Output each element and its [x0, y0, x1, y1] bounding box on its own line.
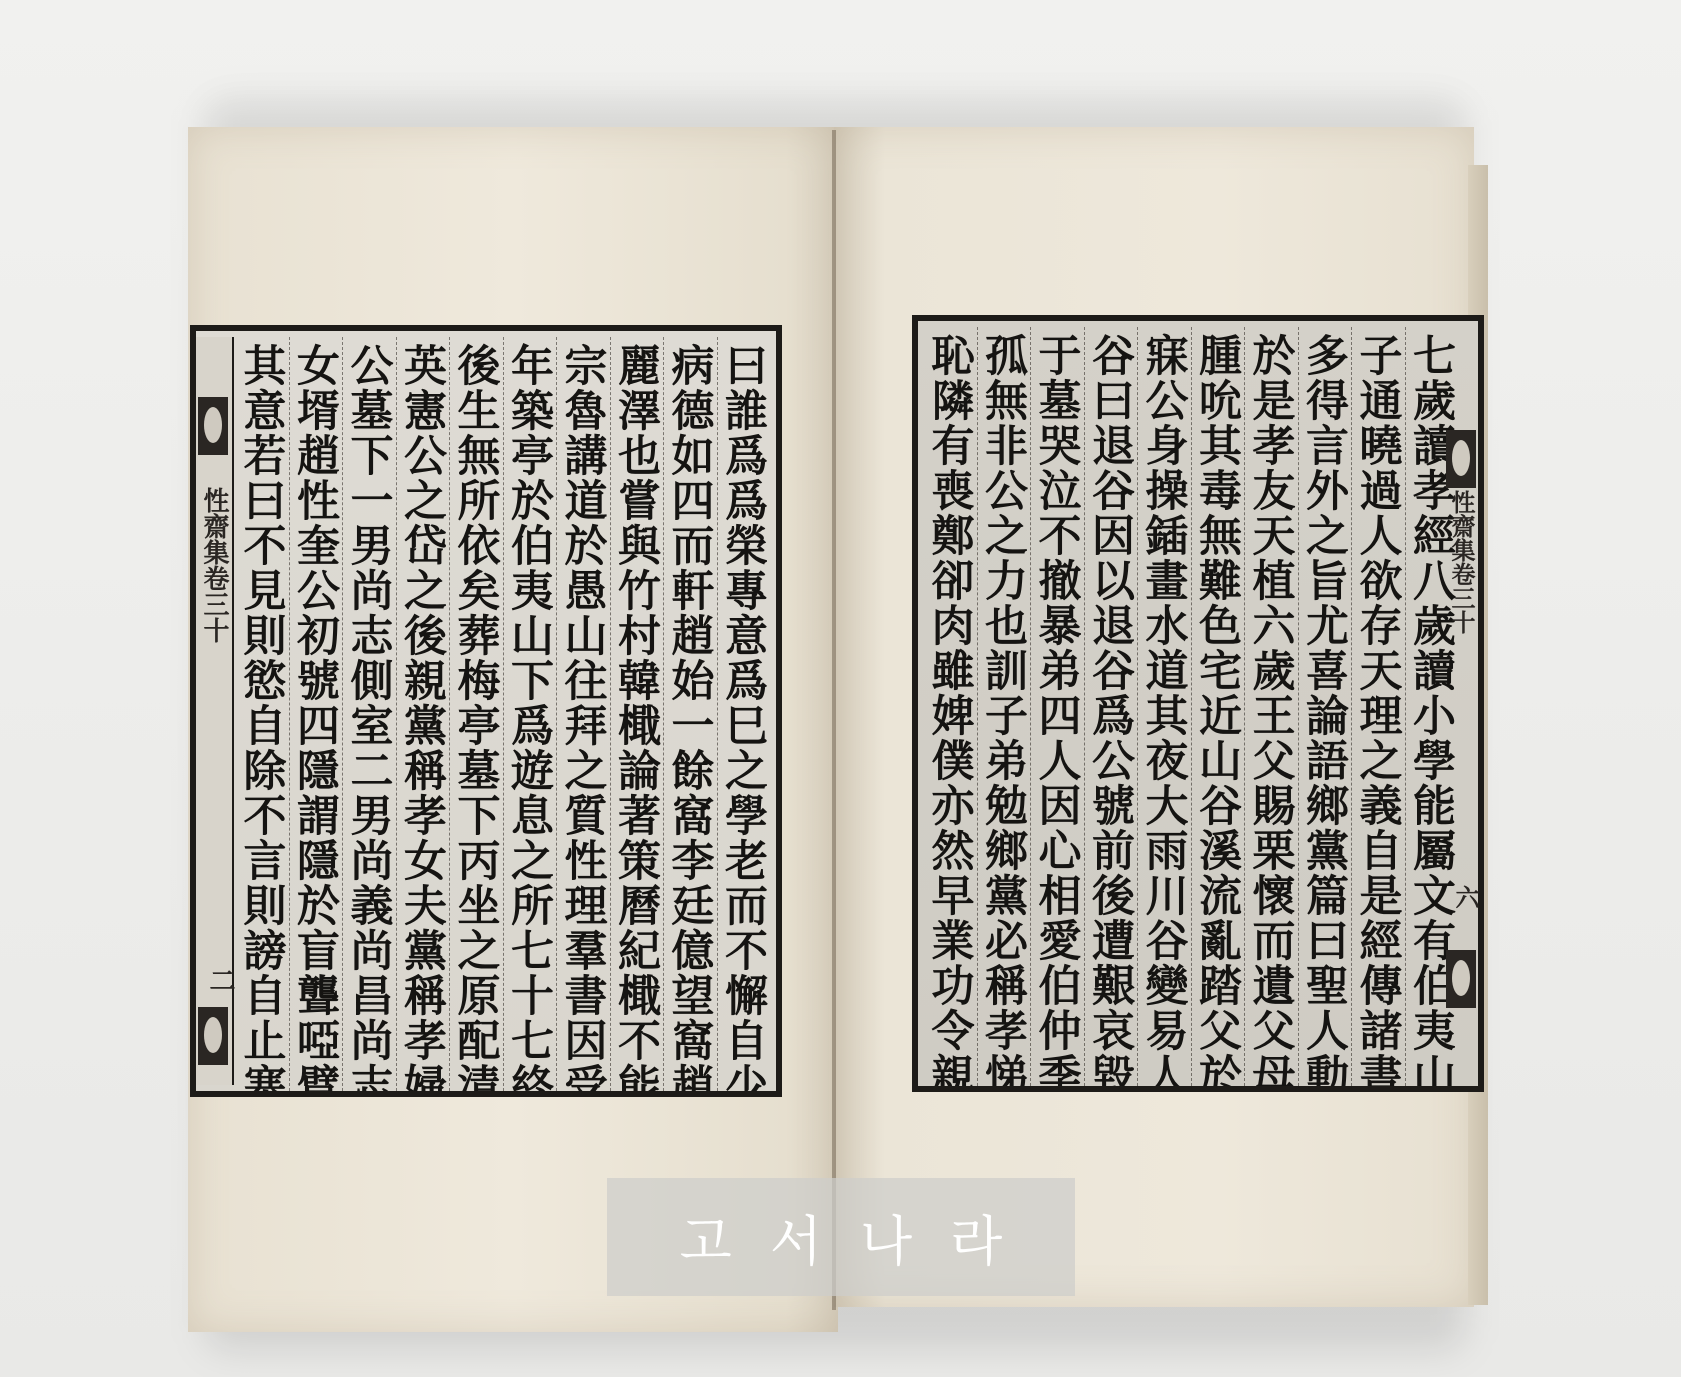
- right-page-number: 六: [1448, 885, 1483, 909]
- right-banxin-title: 性齋集卷三十: [1448, 490, 1474, 634]
- watermark-text: 고서나라: [642, 1199, 1041, 1276]
- text-column: 孤無非公之力也訓子弟勉鄉黨必稱孝悌忠信禮義廉: [977, 327, 1031, 1086]
- right-banxin-center-strip: 性齋集卷三十 六: [1446, 430, 1476, 1010]
- text-column: 女壻趙性奎公初號四隱謂隱於盲聾啞躄四者之間也: [289, 337, 343, 1091]
- text-column: 於是孝友天植六歲王父賜栗懷而遺父母十歲父病足: [1244, 327, 1298, 1086]
- text-column: 英憲公之岱之後親黨稱孝女夫黨稱孝婦先公卒葬在: [396, 337, 450, 1091]
- text-column: 曰誰爲爲榮專意爲巳之學老而不懈自少交遊皆老成: [717, 337, 771, 1091]
- text-column: 公墓下一男尚志側室二男尚義尚昌尚志二男珍琦一: [342, 337, 396, 1091]
- text-column: 其意若曰不見則慾自除不言則謗自止塞耳則惡聲不: [236, 337, 289, 1091]
- text-column: 麗澤也嘗與竹村韓檝論著策曆紀檝不能難聞立齋鄭: [610, 337, 664, 1091]
- left-text-columns: 曰誰爲爲榮專意爲巳之學老而不懈自少交遊皆老成 病德如四而軒趙始一餘窩李廷億望窩趙…: [236, 337, 770, 1085]
- fish-tail-ornament-icon: [198, 1007, 228, 1065]
- text-column: 腫吮其毒無難色宅近山谷溪流亂踏父於病中苦不能: [1191, 327, 1245, 1086]
- text-column: 谷曰退谷因以退谷爲公號前後遭艱哀毀如不欲生廬: [1084, 327, 1138, 1086]
- right-page-text-frame: 七歲讀孝經八歲讀小學能屬文有伯夷山詩十五受孟 子通曉過人欲存天理之義自是經傳諸書…: [912, 315, 1484, 1092]
- text-column: 年築亭於伯夷山下爲遊息之所七十七終鄉里咸歎曰: [503, 337, 557, 1091]
- watermark-overlay: 고서나라: [607, 1178, 1075, 1296]
- right-text-columns: 七歲讀孝經八歲讀小學能屬文有伯夷山詩十五受孟 子通曉過人欲存天理之義自是經傳諸書…: [924, 327, 1458, 1080]
- fish-tail-ornament-icon: [198, 397, 228, 455]
- left-banxin-center-strip: 性齋集卷三十 二: [196, 337, 234, 1085]
- left-page-text-frame: 性齋集卷三十 二 曰誰爲爲榮專意爲巳之學老而不懈自少交遊皆老成 病德如四而軒趙始…: [190, 325, 782, 1097]
- text-column: 恥隣有喪鄭卻肉雖婢僕亦然早業功令親沒遂廢科舉: [924, 327, 977, 1086]
- left-banxin-title: 性齋集卷三十: [200, 487, 228, 643]
- fish-tail-ornament-icon: [1446, 950, 1476, 1008]
- left-page-number: 二: [202, 967, 239, 993]
- text-column: 寐公身操鍤畫水道其夜大雨川谷變易人謂孝感名其: [1137, 327, 1191, 1086]
- fish-tail-ornament-icon: [1446, 430, 1476, 488]
- text-column: 宗魯講道於愚山往拜之質性理羣書因受養拙行狀晚: [556, 337, 610, 1091]
- text-column: 子通曉過人欲存天理之義自是經傳諸書不煩教授而: [1351, 327, 1405, 1086]
- text-column: 後生無所依矣葬梅亭墓下丙坐之原配清道金氏得鉉女: [449, 337, 503, 1091]
- book-spine: [832, 130, 836, 1310]
- text-column: 病德如四而軒趙始一餘窩李廷億望窩趙光鍊是忘年: [663, 337, 717, 1091]
- text-column: 多得言外之旨尤喜論語鄉黨篇曰聖人動靜云爲盡在: [1298, 327, 1352, 1086]
- text-column: 于墓哭泣不撤暴弟四人因心相愛伯仲季先沒保宗恤: [1030, 327, 1084, 1086]
